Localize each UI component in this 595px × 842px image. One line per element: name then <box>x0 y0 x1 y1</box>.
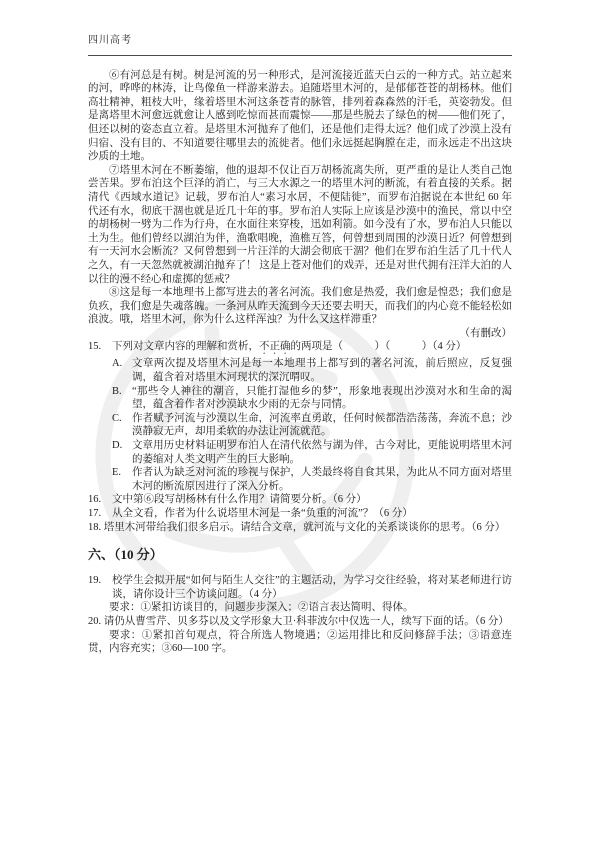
option-c-label: C. <box>112 412 132 439</box>
question-17-number: 17. <box>88 507 112 521</box>
passage-paragraph-7: ⑦塔里木河在不断萎缩，他的退却不仅让百万胡杨流离失所，更严重的是让人类自己饱尝苦… <box>88 164 512 286</box>
passage-paragraph-8: ⑧这是每一本地理书上都写进去的著名河流。我们愈是热爱，我们愈是惶恐；我们愈是负疚… <box>88 286 512 327</box>
option-b-label: B. <box>112 385 132 412</box>
question-19: 19. 校学生会拟开展“如何与陌生人交往”的主题活动，为学习交往经验，将对某老师… <box>88 574 512 601</box>
option-e-text: 作者认为缺乏对河流的珍视与保护，人类最终将自食其果，为此从不同方面对塔里木河的断… <box>132 466 512 493</box>
question-15-option-a: A. 文章两次提及塔里木河是每一本地理书上都写到的著名河流，前后照应，反复强调，… <box>112 357 512 384</box>
question-17-text: 从全文看，作者为什么说塔里木河是一条“负重的河流”？（6 分） <box>112 507 512 521</box>
question-15-number: 15. <box>88 340 112 357</box>
question-20-requirements: 要求：①紧扣首句观点，符合所选人物境遇；②运用排比和反问修辞手法；③语意连贯，内… <box>88 629 512 656</box>
question-19-text: 校学生会拟开展“如何与陌生人交往”的主题活动，为学习交往经验，将对某老师进行访谈… <box>112 574 512 601</box>
question-15: 15. 下列对文章内容的理解和赏析，不正确的两项是（ ）（ ）（4 分） <box>88 340 512 357</box>
passage-paragraph-6: ⑥有河总是有树。树是河流的另一种形式，是河流接近蓝天白云的一种方式。站立起来的河… <box>88 69 512 164</box>
site-title: 四川高考 <box>88 35 132 46</box>
option-c-text: 作者赋予河流与沙漠以生命，河流率直勇敢，任何时候都浩浩荡荡，奔流不息；沙漠静寂无… <box>132 412 512 439</box>
page-content: 四川高考 ⑥有河总是有树。树是河流的另一种形式，是河流接近蓝天白云的一种方式。站… <box>88 34 512 656</box>
question-16-text: 文中第⑥段写胡杨林有什么作用？请简要分析。（6 分） <box>112 493 512 507</box>
question-16: 16. 文中第⑥段写胡杨林有什么作用？请简要分析。（6 分） <box>88 493 512 507</box>
question-19-number: 19. <box>88 574 112 601</box>
question-15-option-b: B. “那些令人神往的潮音，只能打湿他乡的梦”，形象地表现出沙漠对水和生命的渴望… <box>112 385 512 412</box>
question-17: 17. 从全文看，作者为什么说塔里木河是一条“负重的河流”？（6 分） <box>88 507 512 521</box>
passage-attribution: （有删改） <box>88 327 512 341</box>
option-d-text: 文章用历史材料证明罗布泊人在清代依然与湖为伴，古今对比，更能说明塔里木河的萎缩对… <box>132 439 512 466</box>
question-15-stem-pre: 下列对文章内容的理解和赏析， <box>112 341 259 352</box>
question-20: 20. 请仍从曹雪芹、贝多芬以及文学形象大卫·科菲波尔中仅选一人，续写下面的话。… <box>88 615 512 629</box>
question-15-option-d: D. 文章用历史材料证明罗布泊人在清代依然与湖为伴，古今对比，更能说明塔里木河的… <box>112 439 512 466</box>
question-15-option-e: E. 作者认为缺乏对河流的珍视与保护，人类最终将自食其果，为此从不同方面对塔里木… <box>112 466 512 493</box>
question-19-requirements: 要求：①紧扣访谈目的，问题步步深入；②语言表达简明、得体。 <box>88 601 512 615</box>
option-a-label: A. <box>112 357 132 384</box>
option-b-text: “那些令人神往的潮音，只能打湿他乡的梦”，形象地表现出沙漠对水和生命的渴望，蕴含… <box>132 385 512 412</box>
question-15-stem: 下列对文章内容的理解和赏析，不正确的两项是（ ）（ ）（4 分） <box>112 340 512 357</box>
question-15-stem-post: 的两项是（ ）（ ）（4 分） <box>291 341 467 352</box>
section-six-heading: 六、（10 分） <box>88 547 512 563</box>
option-d-label: D. <box>112 439 132 466</box>
option-a-text: 文章两次提及塔里木河是每一本地理书上都写到的著名河流，前后照应，反复强调，蕴含着… <box>132 357 512 384</box>
exam-page: 四川高考 ⑥有河总是有树。树是河流的另一种形式，是河流接近蓝天白云的一种方式。站… <box>0 0 595 842</box>
question-15-option-c: C. 作者赋予河流与沙漠以生命，河流率直勇敢，任何时候都浩浩荡荡，奔流不息；沙漠… <box>112 412 512 439</box>
question-16-number: 16. <box>88 493 112 507</box>
page-header: 四川高考 <box>88 34 512 56</box>
option-e-label: E. <box>112 466 132 493</box>
question-18: 18. 塔里木河带给我们很多启示。请结合文章，就河流与文化的关系谈谈你的思考。（… <box>88 521 512 535</box>
question-15-stem-emphasis: 不正确 <box>259 341 291 352</box>
